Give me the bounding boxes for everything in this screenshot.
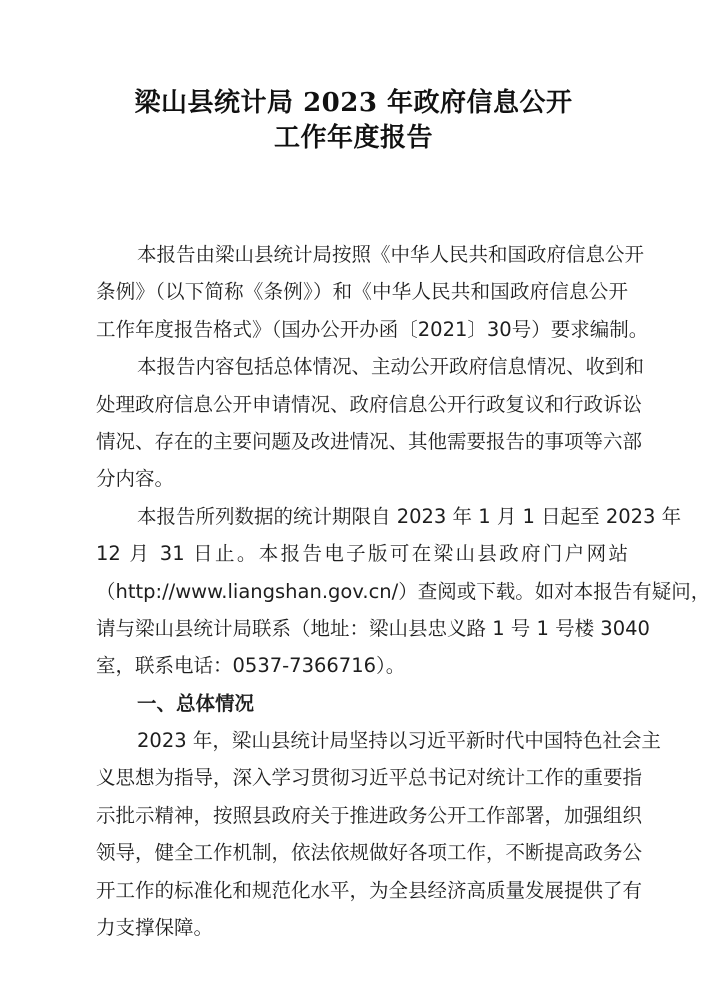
paragraph-overview: 2023 年，梁山县统计局坚持以习近平新时代中国特色社会主 义思想为指导，深入学… xyxy=(96,722,628,946)
text-line: 12 月 31 日止。本报告电子版可在梁山县政府门户网站 xyxy=(96,535,628,572)
text-line: 条例》（以下简称《条例》）和《中华人民共和国政府信息公开 xyxy=(96,273,628,310)
text-line: 室，联系电话：0537-7366716）。 xyxy=(96,647,628,684)
text-line: 领导，健全工作机制，依法依规做好各项工作，不断提高政务公 xyxy=(96,834,628,871)
text-line: 力支撑保障。 xyxy=(96,909,628,946)
text-line-with-url: （http://www.liangshan.gov.cn/）查阅或下载。如对本报… xyxy=(96,573,628,610)
text-line: 分内容。 xyxy=(96,460,628,497)
section-heading-overview: 一、总体情况 xyxy=(96,685,628,722)
paragraph-contents: 本报告内容包括总体情况、主动公开政府信息情况、收到和 处理政府信息公开申请情况、… xyxy=(96,348,628,498)
text-line: 工作年度报告格式》（国办公开办函〔2021〕30号）要求编制。 xyxy=(96,311,628,348)
text-line: 开工作的标准化和规范化水平，为全县经济高质量发展提供了有 xyxy=(96,872,628,909)
paragraph-basis: 本报告由梁山县统计局按照《中华人民共和国政府信息公开 条例》（以下简称《条例》）… xyxy=(96,236,628,348)
text-line: 示批示精神，按照县政府关于推进政务公开工作部署，加强组织 xyxy=(96,797,628,834)
text-line: 本报告所列数据的统计期限自 2023 年 1 月 1 日起至 2023 年 xyxy=(96,498,628,535)
document-title-line-2: 工作年度报告 xyxy=(0,121,707,155)
paragraph-period-contact: 本报告所列数据的统计期限自 2023 年 1 月 1 日起至 2023 年 12… xyxy=(96,498,628,685)
text-line: 2023 年，梁山县统计局坚持以习近平新时代中国特色社会主 xyxy=(96,722,628,759)
text-line: 情况、存在的主要问题及改进情况、其他需要报告的事项等六部 xyxy=(96,423,628,460)
document-title-line-1: 梁山县统计局 2023 年政府信息公开 xyxy=(0,86,707,120)
document-body: 本报告由梁山县统计局按照《中华人民共和国政府信息公开 条例》（以下简称《条例》）… xyxy=(96,236,628,946)
text-line: 义思想为指导，深入学习贯彻习近平总书记对统计工作的重要指 xyxy=(96,759,628,796)
text-line: 本报告由梁山县统计局按照《中华人民共和国政府信息公开 xyxy=(96,236,628,273)
text-line: 处理政府信息公开申请情况、政府信息公开行政复议和行政诉讼 xyxy=(96,386,628,423)
text-line: 本报告内容包括总体情况、主动公开政府信息情况、收到和 xyxy=(96,348,628,385)
text-line: 请与梁山县统计局联系（地址：梁山县忠义路 1 号 1 号楼 3040 xyxy=(96,610,628,647)
document-page: 梁山县统计局 2023 年政府信息公开 工作年度报告 本报告由梁山县统计局按照《… xyxy=(0,0,707,999)
